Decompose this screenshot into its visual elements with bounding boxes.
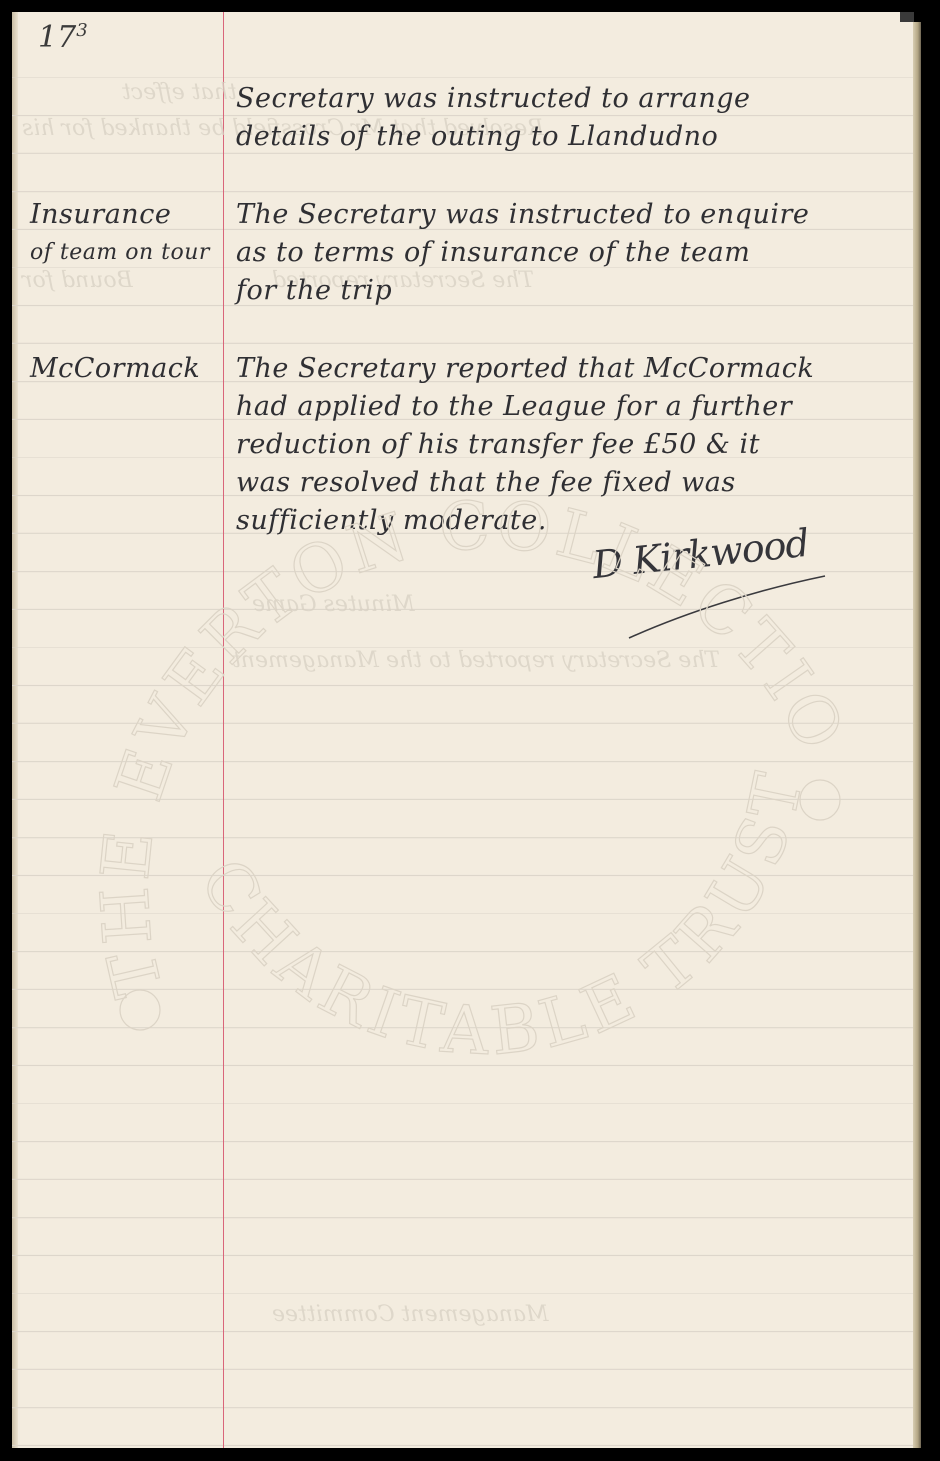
- entry-line: Secretary was instructed to arrange: [236, 80, 914, 118]
- entry-line: reduction of his transfer fee £50 & it: [236, 426, 914, 464]
- page-number-superscript: 3: [76, 20, 87, 41]
- page-number: 173: [38, 20, 88, 55]
- entry-line: details of the outing to Llandudno: [236, 118, 914, 156]
- entry-line: for the trip: [236, 272, 914, 310]
- bleed-through-text: Management Committee: [272, 1302, 548, 1327]
- margin-heading: of team on tour: [30, 234, 220, 272]
- entry-line: had applied to the League for a further: [236, 388, 914, 426]
- binding-top: [900, 12, 914, 22]
- entry-line: as to terms of insurance of the team: [236, 234, 914, 272]
- signature-flourish: [627, 572, 827, 642]
- entry-line: The Secretary was instructed to enquire: [236, 196, 914, 234]
- ledger-page: that effect Resolved that Mr Crossfield …: [12, 12, 914, 1448]
- margin-rule: [223, 12, 224, 1448]
- binding-edge: [913, 22, 921, 1448]
- margin-heading: McCormack: [30, 350, 220, 388]
- entry-line: sufficiently moderate.: [236, 502, 914, 540]
- bleed-through-text: that effect: [122, 80, 237, 105]
- entry-line: The Secretary reported that McCormack: [236, 350, 914, 388]
- entry-line: was resolved that the fee fixed was: [236, 464, 914, 502]
- page-number-main: 17: [38, 20, 76, 55]
- bleed-through-text: Minutes Game: [252, 592, 415, 617]
- margin-heading: Insurance: [30, 196, 220, 234]
- bleed-through-text: The Secretary reported to the Management: [232, 648, 720, 673]
